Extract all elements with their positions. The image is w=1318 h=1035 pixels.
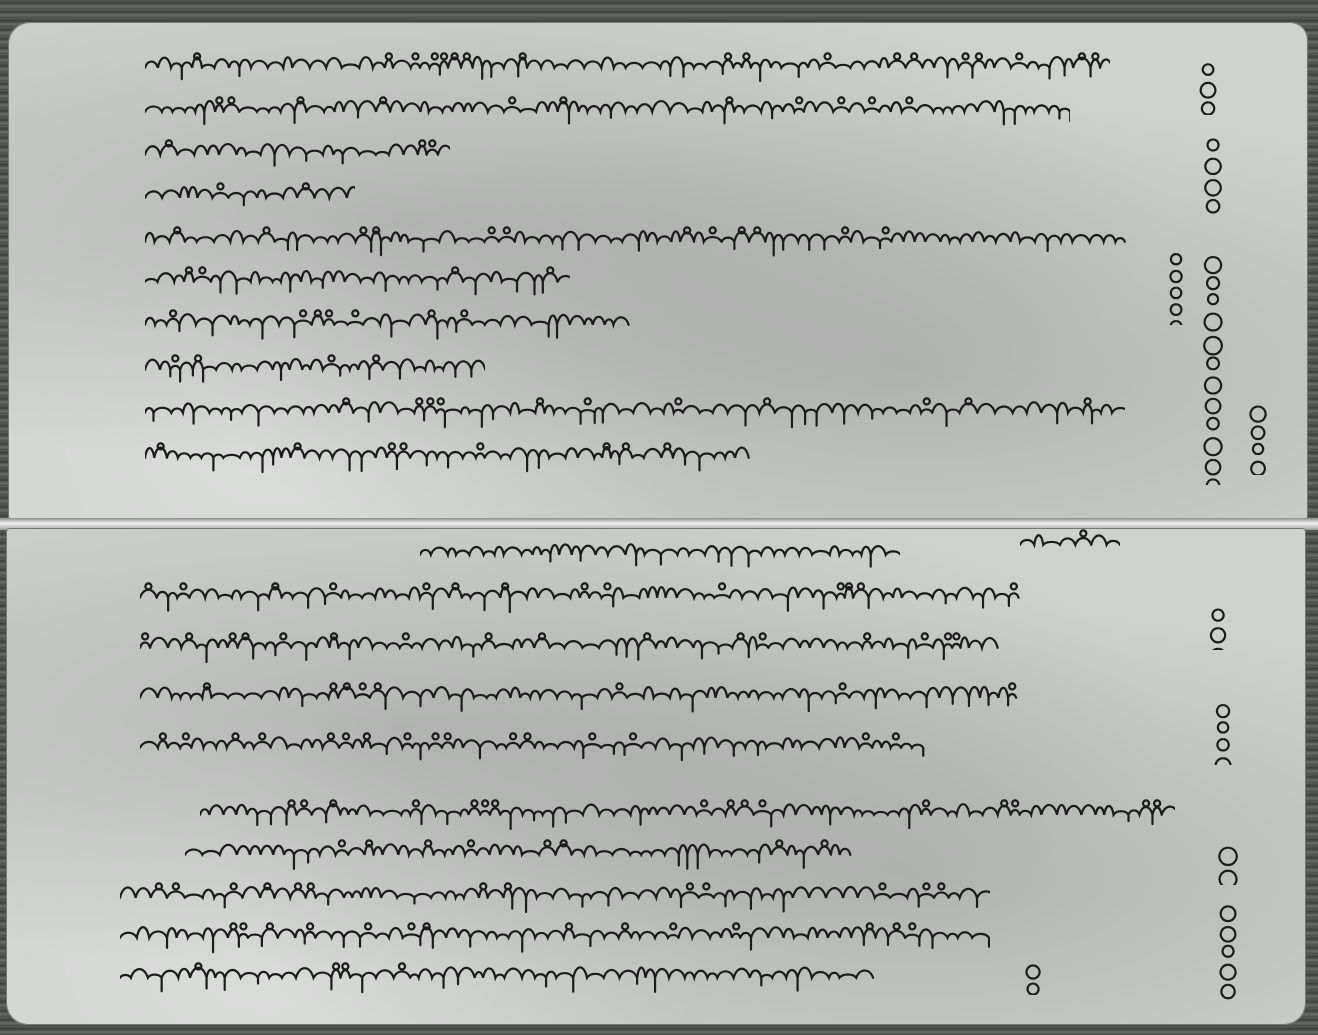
manuscript-line xyxy=(200,795,1175,831)
section-heading-note xyxy=(1020,525,1120,561)
manuscript-line xyxy=(145,222,1130,258)
manuscript-line xyxy=(140,578,1020,614)
manuscript-line xyxy=(120,878,990,914)
manuscript-line xyxy=(120,958,880,994)
margin-notation xyxy=(1200,600,1236,650)
margin-notation xyxy=(1195,245,1231,485)
manuscript-line xyxy=(145,178,355,214)
margin-notation xyxy=(1210,835,1246,885)
manuscript-line xyxy=(185,835,855,871)
manuscript-line xyxy=(145,393,1125,429)
manuscript-line xyxy=(145,92,1070,128)
margin-notation xyxy=(1205,695,1241,765)
margin-notation xyxy=(1210,895,1246,1005)
section-heading xyxy=(420,535,900,571)
manuscript-line xyxy=(120,918,990,954)
manuscript-line xyxy=(145,438,750,474)
margin-notation xyxy=(1190,55,1226,115)
manuscript-line xyxy=(140,628,1000,664)
manuscript-line xyxy=(145,262,570,298)
margin-notation xyxy=(1240,395,1276,475)
manuscript-line xyxy=(140,678,1020,714)
manuscript-line xyxy=(145,305,635,341)
margin-notation xyxy=(1158,245,1194,325)
manuscript-line xyxy=(145,135,450,171)
margin-notation xyxy=(1195,130,1231,215)
margin-notation xyxy=(1015,955,1051,995)
manuscript-line xyxy=(145,350,485,386)
manuscript-line xyxy=(140,728,930,764)
manuscript-line xyxy=(145,48,1110,84)
